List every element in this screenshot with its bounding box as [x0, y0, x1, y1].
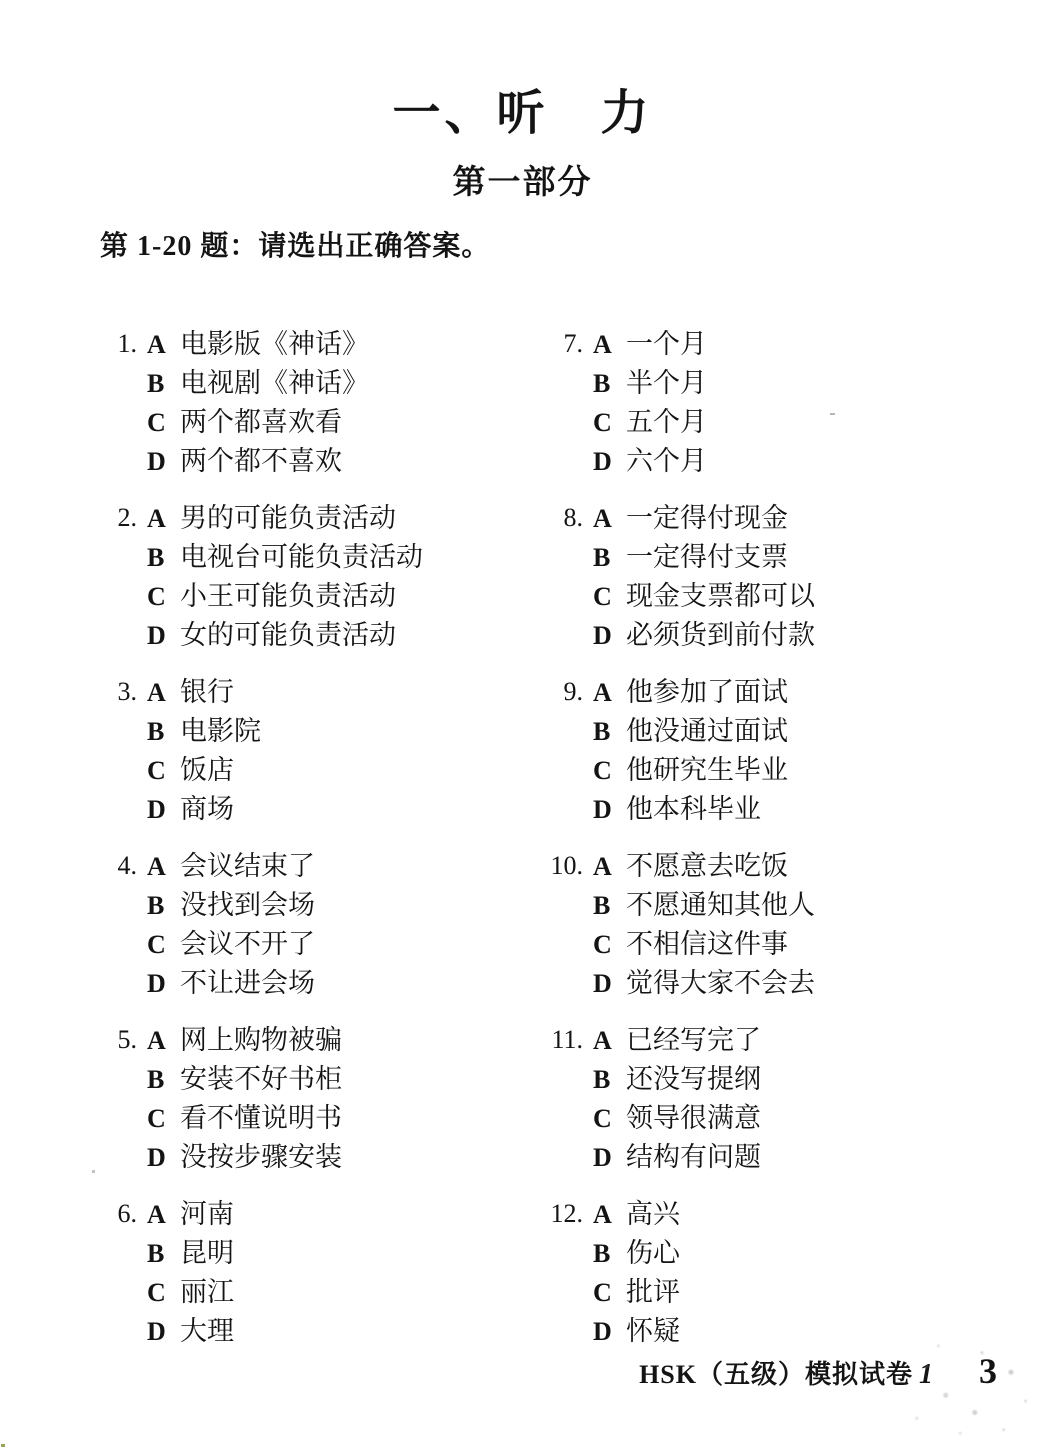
question-number: 12. [549, 1195, 583, 1233]
option-letter: D [593, 965, 626, 1003]
option-row: D怀疑 [593, 1312, 1045, 1351]
option-row: C丽江 [147, 1273, 549, 1312]
question-number: 1. [103, 325, 137, 363]
option-row: A他参加了面试 [593, 673, 1045, 712]
question-number: 5. [103, 1021, 137, 1059]
option-row: B安装不好书柜 [147, 1060, 549, 1099]
option-row: C看不懂说明书 [147, 1099, 549, 1138]
option-letter: B [147, 539, 180, 577]
question-block: 9. A他参加了面试 B他没通过面试 C他研究生毕业 D他本科毕业 [549, 673, 1045, 829]
option-text: 五个月 [626, 407, 707, 437]
option-text: 小王可能负责活动 [180, 581, 396, 611]
option-letter: D [593, 1313, 626, 1351]
option-letter: B [593, 1061, 626, 1099]
question-number: 7. [549, 325, 583, 363]
option-text: 网上购物被骗 [180, 1025, 342, 1055]
option-letter: D [593, 1139, 626, 1177]
option-row: B伤心 [593, 1234, 1045, 1273]
scan-artifact [92, 1170, 95, 1173]
option-row: D他本科毕业 [593, 790, 1045, 829]
option-letter: B [147, 1235, 180, 1273]
option-letter: C [593, 578, 626, 616]
option-text: 已经写完了 [626, 1025, 761, 1055]
option-letter: A [593, 848, 626, 886]
option-row: D大理 [147, 1312, 549, 1351]
question-number: 10. [549, 847, 583, 885]
option-row: A会议结束了 [147, 847, 549, 886]
option-letter: B [147, 887, 180, 925]
option-row: B他没通过面试 [593, 712, 1045, 751]
scan-artifact [830, 413, 835, 415]
page-number: 3 [979, 1350, 997, 1392]
option-letter: B [593, 365, 626, 403]
option-letter: A [593, 1196, 626, 1234]
option-letter: C [147, 926, 180, 964]
option-text: 结构有问题 [626, 1142, 761, 1172]
scan-artifact [1, 1444, 5, 1447]
option-text: 六个月 [626, 446, 707, 476]
option-letter: B [147, 1061, 180, 1099]
option-letter: A [593, 1022, 626, 1060]
option-text: 电影院 [180, 716, 261, 746]
option-letter: D [593, 791, 626, 829]
option-letter: C [593, 1274, 626, 1312]
option-text: 他参加了面试 [626, 677, 788, 707]
exam-page: 一、听 力 第一部分 第 1-20 题：请选出正确答案。 1. A电影版《神话》… [0, 0, 1045, 1449]
option-letter: B [593, 1235, 626, 1273]
question-block: 4. A会议结束了 B没找到会场 C会议不开了 D不让进会场 [103, 847, 549, 1003]
option-text: 电视台可能负责活动 [180, 542, 423, 572]
question-number: 11. [549, 1021, 583, 1059]
option-letter: D [593, 443, 626, 481]
option-letter: D [147, 791, 180, 829]
option-text: 没找到会场 [180, 890, 315, 920]
option-letter: D [147, 1139, 180, 1177]
question-number: 3. [103, 673, 137, 711]
option-letter: C [593, 752, 626, 790]
option-row: D两个都不喜欢 [147, 442, 549, 481]
option-row: A网上购物被骗 [147, 1021, 549, 1060]
option-row: A已经写完了 [593, 1021, 1045, 1060]
option-letter: A [147, 1196, 180, 1234]
option-text: 女的可能负责活动 [180, 620, 396, 650]
option-text: 伤心 [626, 1238, 680, 1268]
option-text: 一个月 [626, 329, 707, 359]
footer-volume-number: 1 [919, 1359, 933, 1391]
option-letter: C [147, 752, 180, 790]
option-row: A银行 [147, 673, 549, 712]
option-row: C领导很满意 [593, 1099, 1045, 1138]
option-row: B半个月 [593, 364, 1045, 403]
questions-column-left: 1. A电影版《神话》 B电视剧《神话》 C两个都喜欢看 D两个都不喜欢 2. … [103, 325, 549, 1369]
option-row: D觉得大家不会去 [593, 964, 1045, 1003]
option-text: 现金支票都可以 [626, 581, 815, 611]
option-letter: A [593, 674, 626, 712]
option-row: C五个月 [593, 403, 1045, 442]
option-text: 他没通过面试 [626, 716, 788, 746]
option-letter: A [147, 1022, 180, 1060]
option-row: D结构有问题 [593, 1138, 1045, 1177]
option-row: A高兴 [593, 1195, 1045, 1234]
option-letter: D [147, 1313, 180, 1351]
question-block: 6. A河南 B昆明 C丽江 D大理 [103, 1195, 549, 1351]
question-block: 12. A高兴 B伤心 C批评 D怀疑 [549, 1195, 1045, 1351]
option-row: A男的可能负责活动 [147, 499, 549, 538]
option-text: 觉得大家不会去 [626, 968, 815, 998]
option-letter: A [147, 326, 180, 364]
option-text: 半个月 [626, 368, 707, 398]
option-letter: B [593, 539, 626, 577]
question-number: 9. [549, 673, 583, 711]
option-row: D六个月 [593, 442, 1045, 481]
question-number: 8. [549, 499, 583, 537]
option-row: B还没写提纲 [593, 1060, 1045, 1099]
footer-book-title: HSK（五级）模拟试卷 [639, 1354, 913, 1391]
option-text: 昆明 [180, 1238, 234, 1268]
option-row: B昆明 [147, 1234, 549, 1273]
option-text: 会议不开了 [180, 929, 315, 959]
option-letter: A [147, 500, 180, 538]
option-letter: C [593, 926, 626, 964]
option-row: C他研究生毕业 [593, 751, 1045, 790]
option-letter: C [593, 1100, 626, 1138]
option-text: 饭店 [180, 755, 234, 785]
option-row: B一定得付支票 [593, 538, 1045, 577]
question-block: 5. A网上购物被骗 B安装不好书柜 C看不懂说明书 D没按步骤安装 [103, 1021, 549, 1177]
option-text: 领导很满意 [626, 1103, 761, 1133]
option-row: B电视剧《神话》 [147, 364, 549, 403]
option-text: 电视剧《神话》 [180, 368, 369, 398]
questions-column-right: 7. A一个月 B半个月 C五个月 D六个月 8. A一定得付现金 B一定得付支… [549, 325, 1045, 1369]
option-text: 还没写提纲 [626, 1064, 761, 1094]
option-text: 不愿通知其他人 [626, 890, 815, 920]
option-text: 必须货到前付款 [626, 620, 815, 650]
option-letter: C [147, 1274, 180, 1312]
option-text: 他研究生毕业 [626, 755, 788, 785]
option-text: 不让进会场 [180, 968, 315, 998]
option-row: B电影院 [147, 712, 549, 751]
option-text: 不相信这件事 [626, 929, 788, 959]
option-letter: A [147, 674, 180, 712]
option-text: 怀疑 [626, 1316, 680, 1346]
option-text: 男的可能负责活动 [180, 503, 396, 533]
option-letter: D [147, 443, 180, 481]
option-letter: D [593, 617, 626, 655]
option-text: 批评 [626, 1277, 680, 1307]
option-text: 会议结束了 [180, 851, 315, 881]
option-text: 银行 [180, 677, 234, 707]
option-letter: C [593, 404, 626, 442]
option-text: 看不懂说明书 [180, 1103, 342, 1133]
option-row: D商场 [147, 790, 549, 829]
option-letter: B [593, 713, 626, 751]
option-row: A河南 [147, 1195, 549, 1234]
option-letter: B [593, 887, 626, 925]
option-row: C批评 [593, 1273, 1045, 1312]
option-letter: A [593, 500, 626, 538]
option-text: 河南 [180, 1199, 234, 1229]
option-row: C会议不开了 [147, 925, 549, 964]
option-row: A电影版《神话》 [147, 325, 549, 364]
option-row: C两个都喜欢看 [147, 403, 549, 442]
option-row: C饭店 [147, 751, 549, 790]
option-row: B电视台可能负责活动 [147, 538, 549, 577]
option-text: 一定得付现金 [626, 503, 788, 533]
option-row: C不相信这件事 [593, 925, 1045, 964]
option-text: 安装不好书柜 [180, 1064, 342, 1094]
question-number: 2. [103, 499, 137, 537]
option-letter: B [147, 713, 180, 751]
option-text: 没按步骤安装 [180, 1142, 342, 1172]
instruction-text: 第 1-20 题：请选出正确答案。 [100, 224, 490, 264]
question-block: 7. A一个月 B半个月 C五个月 D六个月 [549, 325, 1045, 481]
question-block: 8. A一定得付现金 B一定得付支票 C现金支票都可以 D必须货到前付款 [549, 499, 1045, 655]
option-letter: D [147, 965, 180, 1003]
option-letter: D [147, 617, 180, 655]
option-text: 两个都喜欢看 [180, 407, 342, 437]
option-text: 大理 [180, 1316, 234, 1346]
option-row: B没找到会场 [147, 886, 549, 925]
option-letter: C [147, 404, 180, 442]
question-number: 6. [103, 1195, 137, 1233]
questions-area: 1. A电影版《神话》 B电视剧《神话》 C两个都喜欢看 D两个都不喜欢 2. … [103, 325, 1045, 1369]
option-row: D必须货到前付款 [593, 616, 1045, 655]
option-row: D不让进会场 [147, 964, 549, 1003]
question-block: 10. A不愿意去吃饭 B不愿通知其他人 C不相信这件事 D觉得大家不会去 [549, 847, 1045, 1003]
option-letter: A [147, 848, 180, 886]
option-row: B不愿通知其他人 [593, 886, 1045, 925]
option-text: 电影版《神话》 [180, 329, 369, 359]
option-text: 不愿意去吃饭 [626, 851, 788, 881]
option-row: C小王可能负责活动 [147, 577, 549, 616]
section-title: 一、听 力 [0, 74, 1045, 143]
option-row: D女的可能负责活动 [147, 616, 549, 655]
option-text: 商场 [180, 794, 234, 824]
question-number: 4. [103, 847, 137, 885]
option-text: 他本科毕业 [626, 794, 761, 824]
part-title: 第一部分 [0, 156, 1045, 203]
option-text: 两个都不喜欢 [180, 446, 342, 476]
option-row: D没按步骤安装 [147, 1138, 549, 1177]
option-text: 一定得付支票 [626, 542, 788, 572]
option-row: C现金支票都可以 [593, 577, 1045, 616]
option-text: 丽江 [180, 1277, 234, 1307]
option-letter: B [147, 365, 180, 403]
question-block: 1. A电影版《神话》 B电视剧《神话》 C两个都喜欢看 D两个都不喜欢 [103, 325, 549, 481]
option-row: A不愿意去吃饭 [593, 847, 1045, 886]
question-block: 3. A银行 B电影院 C饭店 D商场 [103, 673, 549, 829]
option-letter: A [593, 326, 626, 364]
question-block: 11. A已经写完了 B还没写提纲 C领导很满意 D结构有问题 [549, 1021, 1045, 1177]
question-block: 2. A男的可能负责活动 B电视台可能负责活动 C小王可能负责活动 D女的可能负… [103, 499, 549, 655]
page-footer: HSK（五级）模拟试卷 1 3 [639, 1350, 997, 1392]
option-row: A一定得付现金 [593, 499, 1045, 538]
option-text: 高兴 [626, 1199, 680, 1229]
option-row: A一个月 [593, 325, 1045, 364]
option-letter: C [147, 578, 180, 616]
option-letter: C [147, 1100, 180, 1138]
